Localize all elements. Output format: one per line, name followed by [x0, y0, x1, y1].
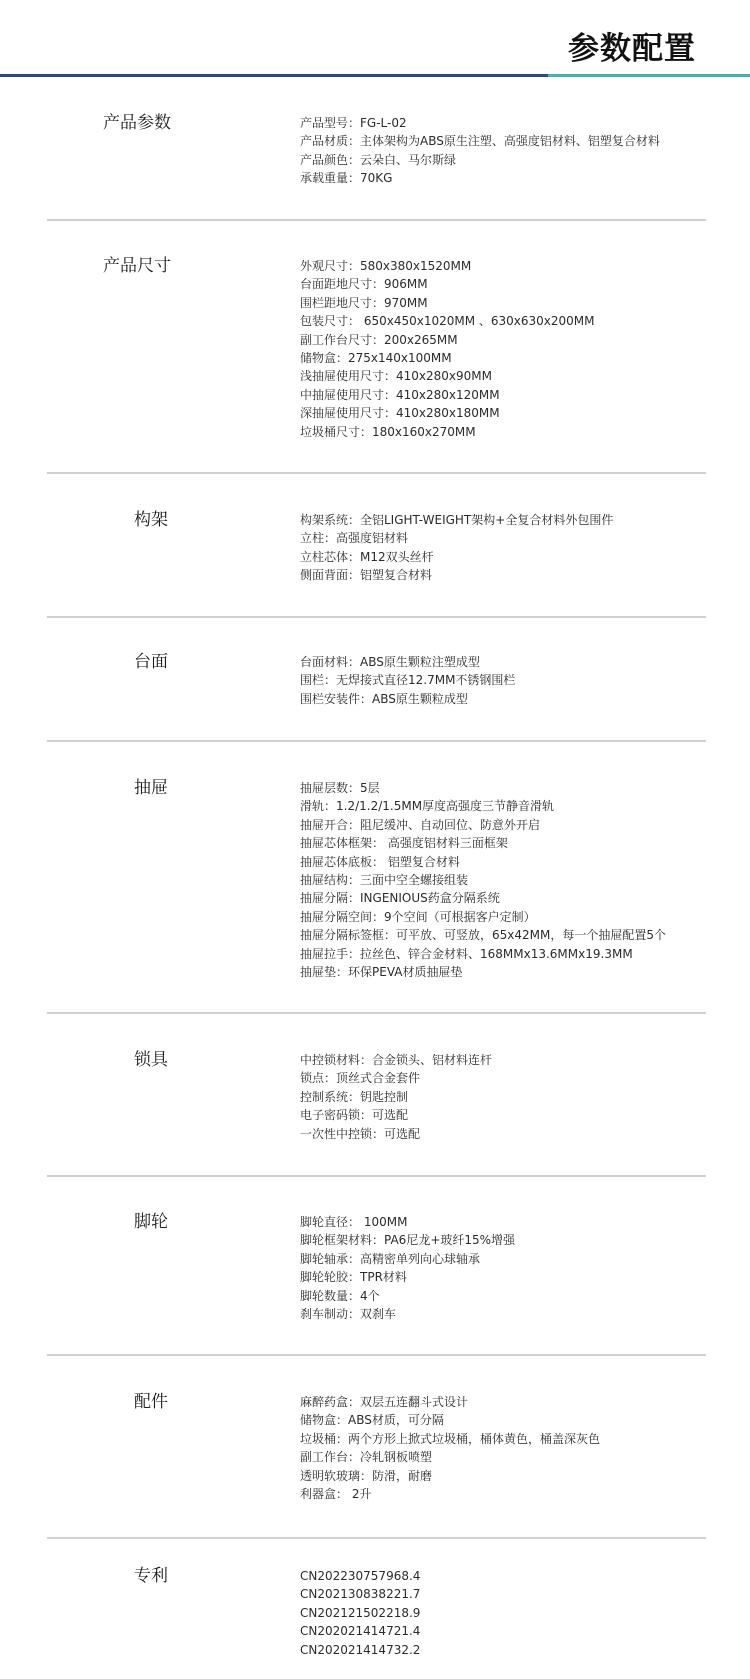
- spec-line: 产品材质：主体架构为ABS原生注塑、高强度铝材料、铝塑复合材料: [300, 132, 660, 150]
- spec-line: 围栏：无焊接式直径12.7MM不锈钢围栏: [300, 671, 515, 689]
- spec-line: 储物盒：275x140x100MM: [300, 349, 595, 367]
- section-divider: [47, 740, 706, 742]
- spec-line: 垃圾桶尺寸：180x160x270MM: [300, 423, 595, 441]
- spec-list: 产品型号：FG-L-02 产品材质：主体架构为ABS原生注塑、高强度铝材料、铝塑…: [300, 114, 660, 188]
- spec-list: 中控锁材料：合金锁头、铝材料连杆 锁点：顶丝式合金套件 控制系统：钥匙控制 电子…: [300, 1051, 492, 1143]
- spec-list: 台面材料：ABS原生颗粒注塑成型 围栏：无焊接式直径12.7MM不锈钢围栏 围栏…: [300, 653, 515, 708]
- spec-line: 抽屉分隔：INGENIOUS药盒分隔系统: [300, 889, 666, 907]
- spec-line: 控制系统：钥匙控制: [300, 1088, 492, 1106]
- spec-line: 脚轮轴承：高精密单列向心球轴承: [300, 1250, 515, 1268]
- spec-list: 构架系统：全铝LIGHT-WEIGHT架构+全复合材料外包围件 立柱：高强度铝材…: [300, 511, 613, 585]
- spec-line: 抽屉拉手：拉丝色、锌合金材料、168MMx13.6MMx19.3MM: [300, 945, 666, 963]
- section-divider: [47, 1354, 706, 1356]
- spec-line: 副工作台尺寸：200x265MM: [300, 331, 595, 349]
- spec-line: 台面材料：ABS原生颗粒注塑成型: [300, 653, 515, 671]
- spec-line: 构架系统：全铝LIGHT-WEIGHT架构+全复合材料外包围件: [300, 511, 613, 529]
- spec-line: 深抽屉使用尺寸：410x280x180MM: [300, 404, 595, 422]
- section-divider: [47, 219, 706, 221]
- spec-line: 侧面背面：铝塑复合材料: [300, 566, 613, 584]
- spec-line: 产品型号：FG-L-02: [300, 114, 660, 132]
- spec-line: 台面距地尺寸：906MM: [300, 275, 595, 293]
- spec-list: 外观尺寸：580x380x1520MM 台面距地尺寸：906MM 围栏距地尺寸：…: [300, 257, 595, 441]
- spec-line: 滑轨：1.2/1.2/1.5MM厚度高强度三节静音滑轨: [300, 797, 666, 815]
- spec-list: 抽屉层数：5层 滑轨：1.2/1.2/1.5MM厚度高强度三节静音滑轨 抽屉开合…: [300, 779, 666, 981]
- section-label: 配件: [134, 1391, 168, 1413]
- patent-number: CN202121502218.9: [300, 1604, 420, 1622]
- spec-line: 垃圾桶：两个方形上掀式垃圾桶，桶体黄色，桶盖深灰色: [300, 1430, 600, 1448]
- spec-line: 抽屉芯体框架： 高强度铝材料三面框架: [300, 834, 666, 852]
- spec-list: 脚轮直径： 100MM 脚轮框架材料：PA6尼龙+玻纤15%增强 脚轮轴承：高精…: [300, 1213, 515, 1323]
- spec-line: 中抽屉使用尺寸：410x280x120MM: [300, 386, 595, 404]
- spec-line: 包装尺寸： 650x450x1020MM 、630x630x200MM: [300, 312, 595, 330]
- patent-number: CN202230757968.4: [300, 1567, 420, 1585]
- spec-list: 麻醉药盒：双层五连翻斗式设计 储物盒：ABS材质，可分隔 垃圾桶：两个方形上掀式…: [300, 1393, 600, 1503]
- spec-line: 储物盒：ABS材质，可分隔: [300, 1411, 600, 1429]
- section-label: 产品参数: [103, 112, 171, 134]
- spec-line: 锁点：顶丝式合金套件: [300, 1069, 492, 1087]
- section-divider: [47, 1012, 706, 1014]
- spec-line: 脚轮轮胶：TPR材料: [300, 1268, 515, 1286]
- spec-line: 脚轮直径： 100MM: [300, 1213, 515, 1231]
- section-label: 锁具: [134, 1049, 168, 1071]
- section-divider: [47, 472, 706, 474]
- patent-number: CN202130838221.7: [300, 1585, 420, 1603]
- spec-line: 抽屉芯体底板： 铝塑复合材料: [300, 853, 666, 871]
- spec-line: 产品颜色：云朵白、马尔斯绿: [300, 151, 660, 169]
- spec-line: 承载重量：70KG: [300, 169, 660, 187]
- spec-line: 脚轮数量：4个: [300, 1287, 515, 1305]
- patent-number: CN202021414732.2: [300, 1641, 420, 1659]
- page-title: 参数配置: [568, 32, 696, 66]
- patent-number: CN202021414721.4: [300, 1622, 420, 1640]
- section-label: 专利: [134, 1565, 168, 1587]
- section-divider: [47, 616, 706, 618]
- spec-line: 围栏安装件：ABS原生颗粒成型: [300, 690, 515, 708]
- spec-line: 利器盒： 2升: [300, 1485, 600, 1503]
- spec-line: 电子密码锁：可选配: [300, 1106, 492, 1124]
- spec-line: 抽屉层数：5层: [300, 779, 666, 797]
- spec-line: 抽屉开合：阻尼缓冲、自动回位、防意外开启: [300, 816, 666, 834]
- section-label: 抽屉: [134, 777, 168, 799]
- section-label: 产品尺寸: [103, 255, 171, 277]
- spec-line: 麻醉药盒：双层五连翻斗式设计: [300, 1393, 600, 1411]
- spec-line: 立柱：高强度铝材料: [300, 529, 613, 547]
- spec-line: 抽屉垫：环保PEVA材质抽屉垫: [300, 963, 666, 981]
- spec-line: 立柱芯体：M12双头丝杆: [300, 548, 613, 566]
- header-rule-navy: [0, 74, 548, 77]
- spec-line: 浅抽屉使用尺寸：410x280x90MM: [300, 367, 595, 385]
- spec-line: 副工作台：冷轧钢板喷塑: [300, 1448, 600, 1466]
- spec-line: 抽屉分隔标签框：可平放、可竖放，65x42MM，每一个抽屉配置5个: [300, 926, 666, 944]
- section-label: 脚轮: [134, 1211, 168, 1233]
- spec-line: 外观尺寸：580x380x1520MM: [300, 257, 595, 275]
- spec-line: 脚轮框架材料：PA6尼龙+玻纤15%增强: [300, 1231, 515, 1249]
- section-divider: [47, 1175, 706, 1177]
- spec-line: 抽屉分隔空间：9个空间（可根据客户定制）: [300, 908, 666, 926]
- spec-line: 刹车制动：双刹车: [300, 1305, 515, 1323]
- spec-line: 一次性中控锁：可选配: [300, 1125, 492, 1143]
- section-label: 台面: [134, 651, 168, 673]
- spec-line: 中控锁材料：合金锁头、铝材料连杆: [300, 1051, 492, 1069]
- section-label: 构架: [134, 509, 168, 531]
- header-rule-teal: [548, 74, 750, 77]
- spec-line: 抽屉结构：三面中空全螺接组装: [300, 871, 666, 889]
- section-divider: [47, 1537, 706, 1539]
- patent-list: CN202230757968.4 CN202130838221.7 CN2021…: [300, 1567, 420, 1659]
- spec-line: 围栏距地尺寸：970MM: [300, 294, 595, 312]
- spec-line: 透明软玻璃：防滑，耐磨: [300, 1467, 600, 1485]
